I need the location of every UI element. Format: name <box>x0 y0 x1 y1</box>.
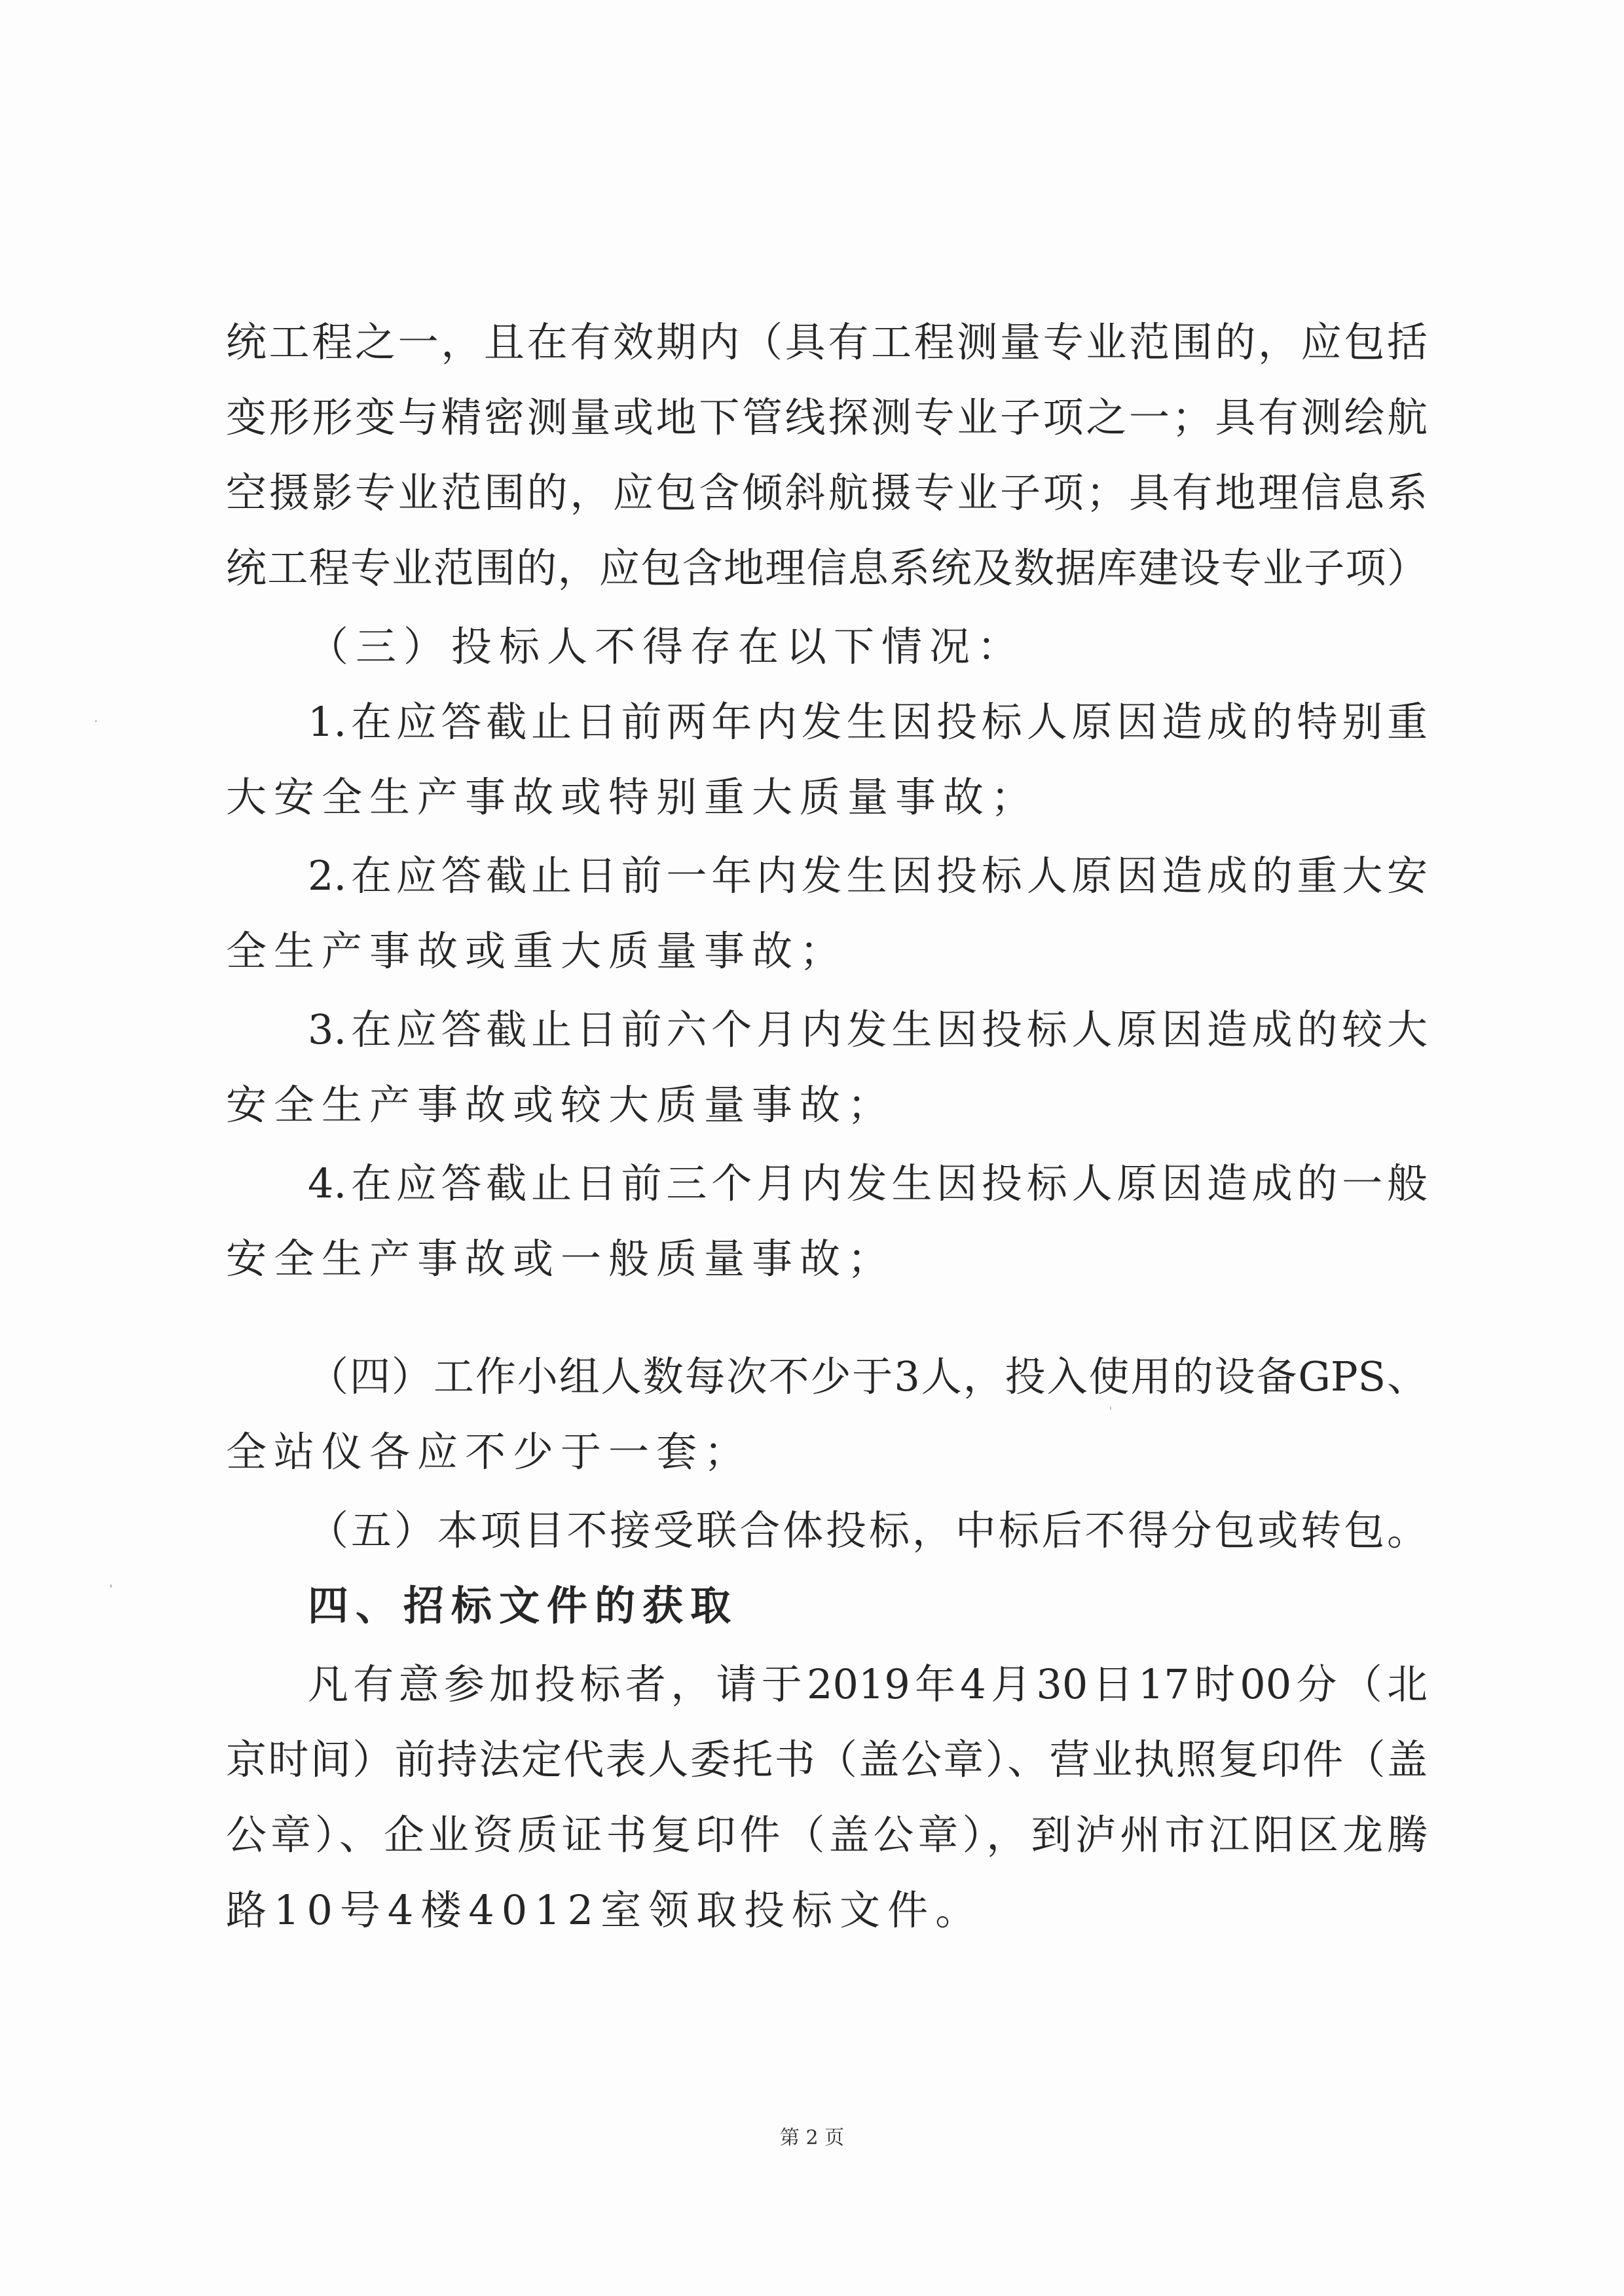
list-item-1-cont: 大安全生产事故或特别重大质量事故； <box>226 771 1428 824</box>
scan-speck <box>1110 1406 1111 1410</box>
clause-5: （五）本项目不接受联合体投标，中标后不得分包或转包。 <box>308 1504 1428 1557</box>
paragraph-line: 公章）、企业资质证书复印件（盖公章），到泸州市江阳区龙腾 <box>226 1809 1428 1861</box>
paragraph-line: 凡有意参加投标者，请于2019年4月30日17时00分（北 <box>308 1658 1428 1711</box>
scan-speck <box>95 720 97 722</box>
clause-4-cont: 全站仪各应不少于一套； <box>226 1426 1428 1478</box>
page-number: 第 2 页 <box>0 2121 1624 2150</box>
section-heading: 四、招标文件的获取 <box>308 1580 1428 1632</box>
clause-heading-3: （三）投标人不得存在以下情况： <box>308 621 1428 673</box>
paragraph-line: 空摄影专业范围的，应包含倾斜航摄专业子项；具有地理信息系 <box>226 467 1428 519</box>
document-page: 统工程之一，且在有效期内（具有工程测量专业范围的，应包括 变形形变与精密测量或地… <box>0 0 1624 2296</box>
list-item-2-cont: 全生产事故或重大质量事故； <box>226 925 1428 977</box>
clause-4: （四）工作小组人数每次不少于3人，投入使用的设备GPS、 <box>308 1351 1428 1403</box>
list-item-1: 1.在应答截止日前两年内发生因投标人原因造成的特别重 <box>308 696 1428 748</box>
scan-speck <box>110 1584 112 1588</box>
list-item-4: 4.在应答截止日前三个月内发生因投标人原因造成的一般 <box>308 1157 1428 1210</box>
paragraph-line: 变形形变与精密测量或地下管线探测专业子项之一；具有测绘航 <box>226 392 1428 444</box>
paragraph-line: 路10号4楼4012室领取投标文件。 <box>226 1884 1428 1937</box>
list-item-3: 3.在应答截止日前六个月内发生因投标人原因造成的较大 <box>308 1004 1428 1056</box>
list-item-3-cont: 安全生产事故或较大质量事故； <box>226 1079 1428 1131</box>
paragraph-line: 统工程之一，且在有效期内（具有工程测量专业范围的，应包括 <box>226 316 1428 369</box>
list-item-4-cont: 安全生产事故或一般质量事故； <box>226 1233 1428 1285</box>
list-item-2: 2.在应答截止日前一年内发生因投标人原因造成的重大安 <box>308 850 1428 902</box>
paragraph-line: 统工程专业范围的，应包含地理信息系统及数据库建设专业子项） <box>226 542 1428 594</box>
paragraph-line: 京时间）前持法定代表人委托书（盖公章）、营业执照复印件（盖 <box>226 1734 1428 1786</box>
